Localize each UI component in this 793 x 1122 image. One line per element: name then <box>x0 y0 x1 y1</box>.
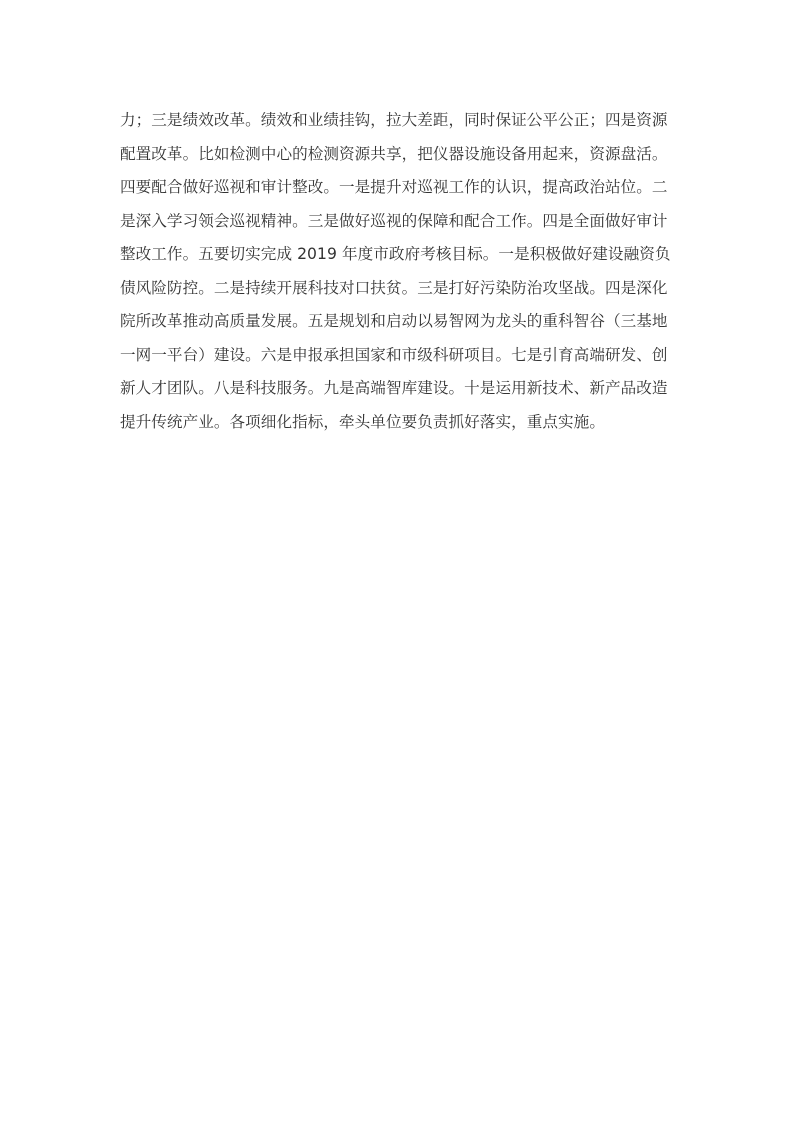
document-page: 力；三是绩效改革。绩效和业绩挂钩，拉大差距，同时保证公平公正；四是资源 配置改革… <box>0 0 793 1122</box>
paragraph-line: 新人才团队。八是科技服务。九是高端智库建设。十是运用新技术、新产品改造 <box>120 372 680 406</box>
paragraph-line: 四要配合做好巡视和审计整改。一是提升对巡视工作的认识，提高政治站位。二 <box>120 171 680 205</box>
paragraph-line: 债风险防控。二是持续开展科技对口扶贫。三是打好污染防治攻坚战。四是深化 <box>120 272 680 306</box>
paragraph-line: 是深入学习领会巡视精神。三是做好巡视的保障和配合工作。四是全面做好审计 <box>120 205 680 239</box>
paragraph-line: 整改工作。五要切实完成 2019 年度市政府考核目标。一是积极做好建设融资负 <box>120 238 680 272</box>
paragraph-line: 提升传统产业。各项细化指标，牵头单位要负责抓好落实，重点实施。 <box>120 406 680 440</box>
paragraph-line: 一网一平台）建设。六是申报承担国家和市级科研项目。七是引育高端研发、创 <box>120 339 680 373</box>
body-paragraph: 力；三是绩效改革。绩效和业绩挂钩，拉大差距，同时保证公平公正；四是资源 配置改革… <box>120 104 680 439</box>
paragraph-line: 力；三是绩效改革。绩效和业绩挂钩，拉大差距，同时保证公平公正；四是资源 <box>120 104 680 138</box>
paragraph-line: 院所改革推动高质量发展。五是规划和启动以易智网为龙头的重科智谷（三基地 <box>120 305 680 339</box>
paragraph-line: 配置改革。比如检测中心的检测资源共享，把仪器设施设备用起来，资源盘活。 <box>120 138 680 172</box>
